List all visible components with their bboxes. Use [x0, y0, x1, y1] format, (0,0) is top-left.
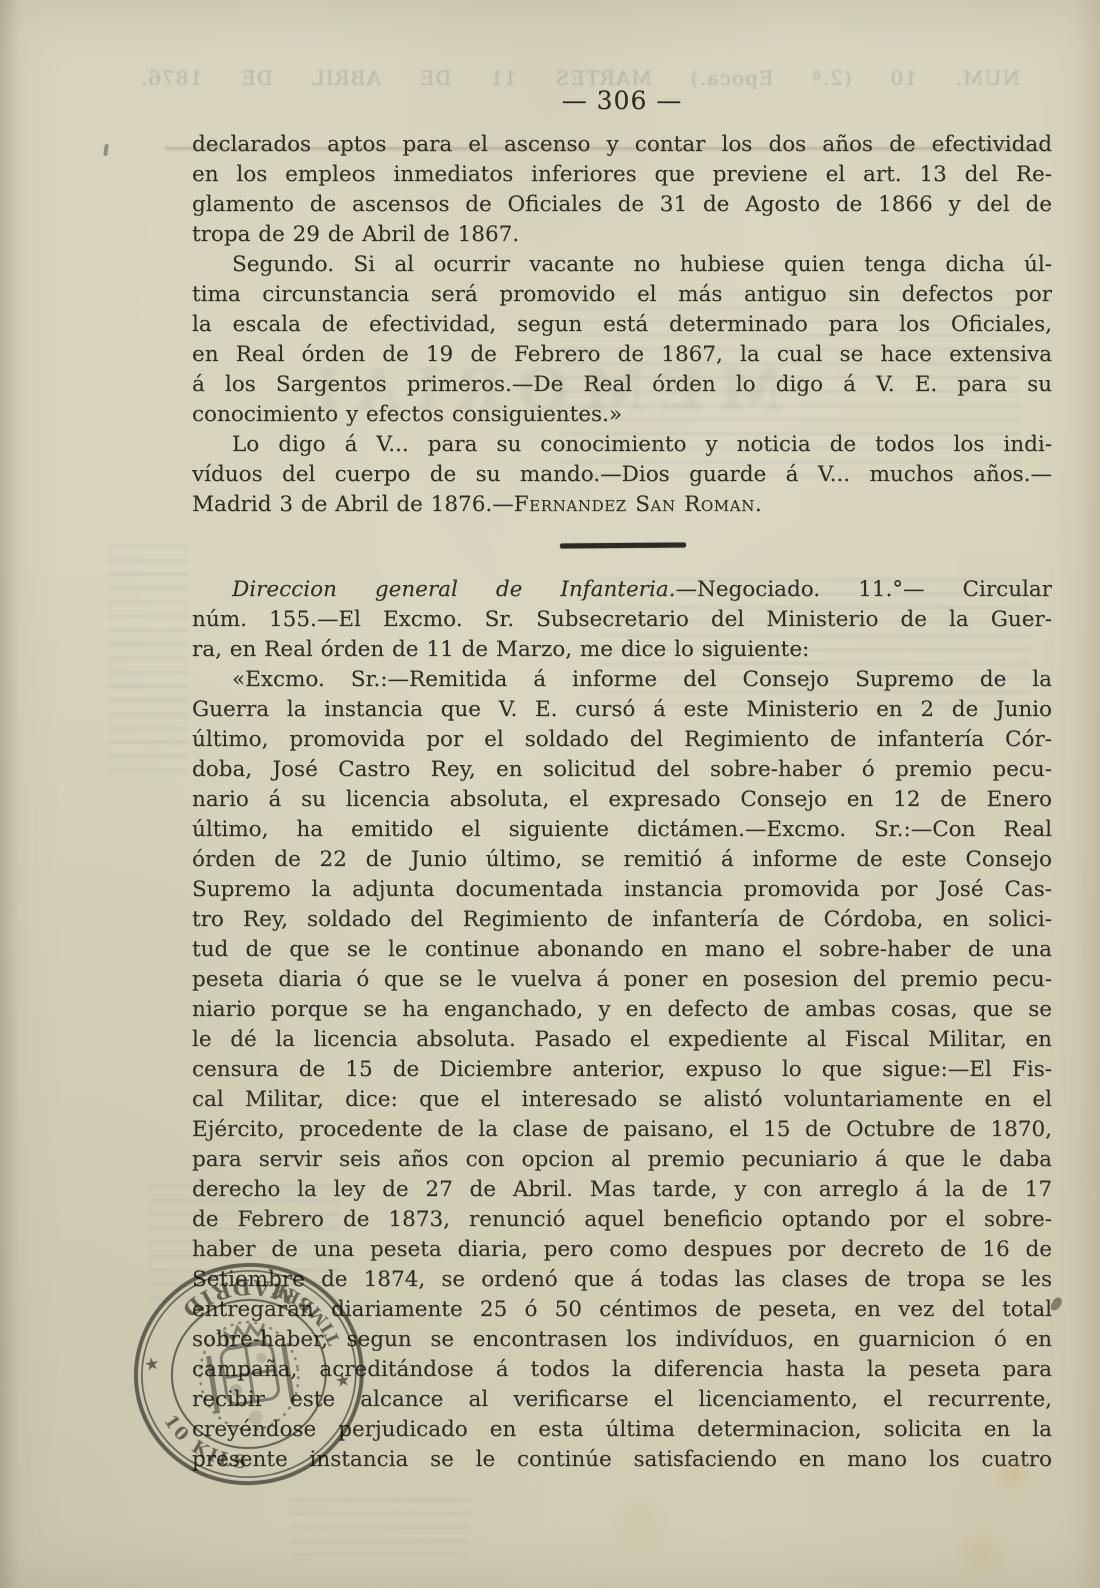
text-segment: Guerra la instancia que V. E. cursó á es… — [192, 697, 1052, 722]
paper-stain — [994, 1452, 1034, 1496]
text-line: en Real órden de 19 de Febrero de 1867, … — [192, 340, 1052, 370]
text-segment: conocimiento y efectos consiguientes.» — [192, 402, 622, 427]
text-line: la escala de efectividad, segun está det… — [192, 310, 1052, 340]
text-line: para servir seis años con opcion al prem… — [192, 1145, 1052, 1175]
text-line: Ejército, procedente de la clase de pais… — [192, 1115, 1052, 1145]
text-segment: cal Militar, dice: que el interesado se … — [192, 1087, 1052, 1112]
text-segment: censura de 15 de Diciembre anterior, exp… — [192, 1057, 1052, 1082]
text-segment: á los Sargentos primeros.—De Real órden … — [192, 372, 1052, 397]
page-number: — 306 — — [192, 86, 1052, 116]
text-line: cal Militar, dice: que el interesado se … — [192, 1085, 1052, 1115]
text-line: á los Sargentos primeros.—De Real órden … — [192, 370, 1052, 400]
text-line: órden de 22 de Junio último, se remitió … — [192, 845, 1052, 875]
text-segment-smallcaps: Fernandez San Roman. — [514, 492, 763, 517]
text-line: Madrid 3 de Abril de 1876.—Fernandez San… — [192, 490, 1052, 520]
text-line: conocimiento y efectos consiguientes.» — [192, 400, 1052, 430]
text-segment: en los empleos inmediatos inferiores que… — [192, 162, 1052, 187]
text-line: le dé la licencia absoluta. Pasado el ex… — [192, 1025, 1052, 1055]
text-segment: Segundo. Si al ocurrir vacante no hubies… — [232, 252, 1052, 277]
text-segment: declarados aptos para el ascenso y conta… — [192, 132, 1052, 157]
text-segment: tropa de 29 de Abril de 1867. — [192, 222, 519, 247]
text-line: Supremo la adjunta documentada instancia… — [192, 875, 1052, 905]
text-segment: le dé la licencia absoluta. Pasado el ex… — [192, 1027, 1052, 1052]
text-segment: Ejército, procedente de la clase de pais… — [192, 1117, 1052, 1142]
text-line: víduos del cuerpo de su mando.—Dios guar… — [192, 460, 1052, 490]
text-segment: derecho la ley de 27 de Abril. Mas tarde… — [192, 1177, 1052, 1202]
bleedthrough-smudge — [108, 545, 188, 780]
stamp-star-icon: ★ — [335, 1370, 352, 1390]
text-line: ra, en Real órden de 11 de Marzo, me dic… — [192, 635, 1052, 665]
text-line: doba, José Castro Rey, en solicitud del … — [192, 755, 1052, 785]
text-segment: Lo digo á V... para su conocimiento y no… — [232, 432, 1052, 457]
text-segment: de Febrero de 1873, renunció aquel benef… — [192, 1207, 1052, 1232]
bleedthrough-smudge — [290, 1498, 470, 1556]
postal-stamp: MADRID TIMBRE 10 KILS ★ ★ — [104, 1232, 394, 1519]
paper-stain — [600, 1495, 680, 1555]
paper-stain — [950, 1525, 1014, 1581]
text-line: nario á su licencia absoluta, el expresa… — [192, 785, 1052, 815]
text-line: último, promovida por el soldado del Reg… — [192, 725, 1052, 755]
text-line: tro Rey, soldado del Regimiento de infan… — [192, 905, 1052, 935]
text-line: niario porque se ha enganchado, y en def… — [192, 995, 1052, 1025]
text-line: glamento de ascensos de Oficiales de 31 … — [192, 190, 1052, 220]
divider-rule — [560, 542, 686, 548]
section-divider — [192, 520, 1052, 575]
text-segment: Madrid 3 de Abril de 1876.— — [192, 492, 514, 517]
text-line: Segundo. Si al ocurrir vacante no hubies… — [192, 250, 1052, 280]
text-segment: tud de que se le continue abonando en ma… — [192, 937, 1052, 962]
text-segment: órden de 22 de Junio último, se remitió … — [192, 847, 1052, 872]
text-line: declarados aptos para el ascenso y conta… — [192, 130, 1052, 160]
text-segment-italic: Direccion general de Infanteria. — [232, 577, 675, 602]
text-segment: —Negociado. 11.°— Circular — [675, 577, 1052, 602]
text-line: último, ha emitido el siguiente dictámen… — [192, 815, 1052, 845]
text-line: tropa de 29 de Abril de 1867. — [192, 220, 1052, 250]
text-segment: niario porque se ha enganchado, y en def… — [192, 997, 1052, 1022]
text-segment: tro Rey, soldado del Regimiento de infan… — [192, 907, 1052, 932]
text-line: Direccion general de Infanteria.—Negocia… — [192, 575, 1052, 605]
text-segment: víduos del cuerpo de su mando.—Dios guar… — [192, 462, 1052, 487]
stamp-star-icon: ★ — [144, 1354, 161, 1374]
paragraph: declarados aptos para el ascenso y conta… — [192, 130, 1052, 250]
text-line: peseta diaria ó que se le vuelva á poner… — [192, 965, 1052, 995]
text-line: Lo digo á V... para su conocimiento y no… — [192, 430, 1052, 460]
text-segment: ra, en Real órden de 11 de Marzo, me dic… — [192, 637, 809, 662]
text-line: derecho la ley de 27 de Abril. Mas tarde… — [192, 1175, 1052, 1205]
text-line: «Excmo. Sr.:—Remitida á informe del Cons… — [192, 665, 1052, 695]
text-line: censura de 15 de Diciembre anterior, exp… — [192, 1055, 1052, 1085]
text-segment: tima circunstancia será promovido el más… — [192, 282, 1052, 307]
text-segment: «Excmo. Sr.:—Remitida á informe del Cons… — [232, 667, 1052, 692]
text-segment: para servir seis años con opcion al prem… — [192, 1147, 1052, 1172]
text-line: tima circunstancia será promovido el más… — [192, 280, 1052, 310]
text-segment: nario á su licencia absoluta, el expresa… — [192, 787, 1052, 812]
text-line: núm. 155.—El Excmo. Sr. Subsecretario de… — [192, 605, 1052, 635]
paragraph: Segundo. Si al ocurrir vacante no hubies… — [192, 250, 1052, 430]
ink-speck — [103, 144, 109, 156]
stamp-coat-of-arms-emblem — [192, 1315, 306, 1437]
text-segment: glamento de ascensos de Oficiales de 31 … — [192, 192, 1052, 217]
text-segment: peseta diaria ó que se le vuelva á poner… — [192, 967, 1052, 992]
text-line: Guerra la instancia que V. E. cursó á es… — [192, 695, 1052, 725]
text-segment: doba, José Castro Rey, en solicitud del … — [192, 757, 1052, 782]
text-segment: Supremo la adjunta documentada instancia… — [192, 877, 1052, 902]
text-line: tud de que se le continue abonando en ma… — [192, 935, 1052, 965]
text-segment: último, promovida por el soldado del Reg… — [192, 727, 1052, 752]
text-segment: último, ha emitido el siguiente dictámen… — [192, 817, 1052, 842]
text-segment: la escala de efectividad, segun está det… — [192, 312, 1052, 337]
text-segment: en Real órden de 19 de Febrero de 1867, … — [192, 342, 1052, 367]
text-line: en los empleos inmediatos inferiores que… — [192, 160, 1052, 190]
paragraph: Direccion general de Infanteria.—Negocia… — [192, 575, 1052, 665]
paragraph: Lo digo á V... para su conocimiento y no… — [192, 430, 1052, 520]
scanned-document-page: NUM. 10 (2.ª Epoca.) MARTES 11 DE ABRIL … — [0, 0, 1100, 1588]
text-segment: núm. 155.—El Excmo. Sr. Subsecretario de… — [192, 607, 1052, 632]
text-line: de Febrero de 1873, renunció aquel benef… — [192, 1205, 1052, 1235]
